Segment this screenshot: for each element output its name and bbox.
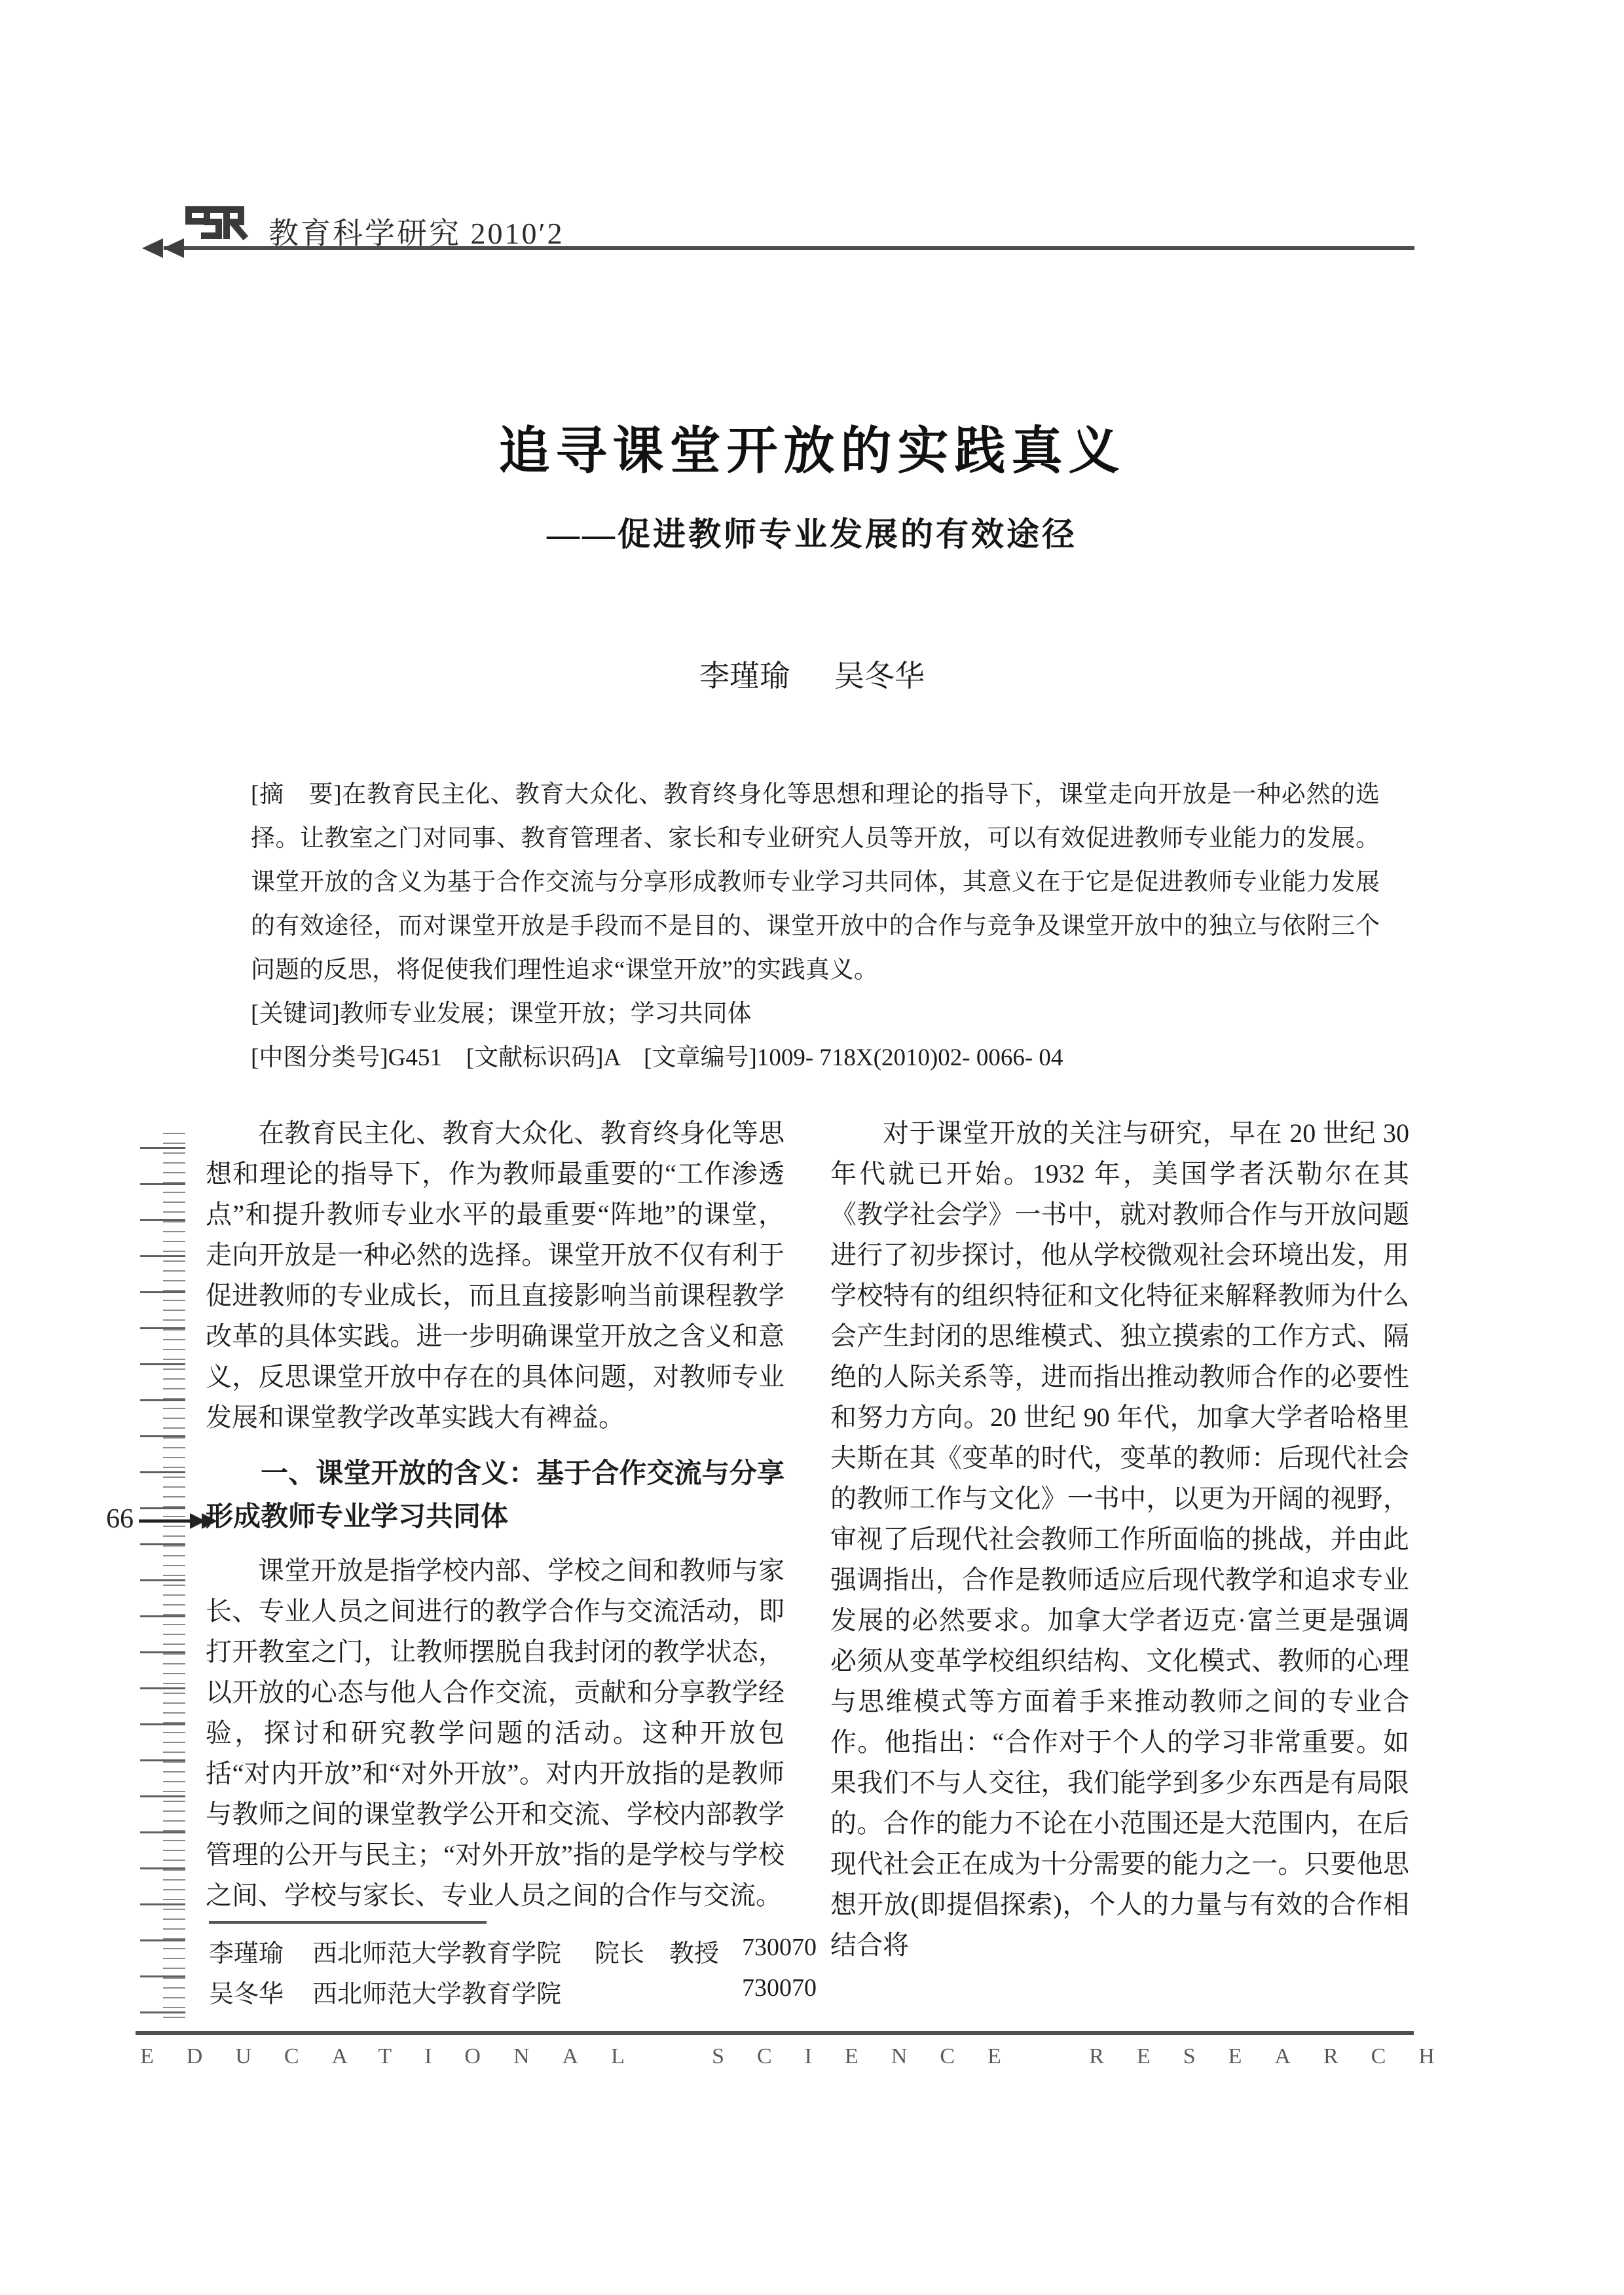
page-number-arrow-icon <box>135 1507 220 1535</box>
classification-line: [中图分类号]G451 [文献标识码]A [文章编号]1009- 718X(20… <box>251 1036 1380 1080</box>
footer-rule <box>136 2031 1414 2035</box>
paragraph: 在教育民主化、教育大众化、教育终身化等思想和理论的指导下，作为教师最重要的“工作… <box>206 1113 784 1438</box>
article-subtitle: ——促进教师专业发展的有效途径 <box>0 508 1624 555</box>
footnote-affiliation: 西北师范大学教育学院 <box>312 1974 561 2010</box>
footnote-rule <box>209 1921 487 1924</box>
keywords-line: [关键词]教师专业发展；课堂开放；学习共同体 <box>251 992 1380 1036</box>
footnote-zipcode: 730070 <box>742 1933 817 1962</box>
author-2: 吴冬华 <box>834 659 925 693</box>
author-1: 李瑾瑜 <box>699 659 790 693</box>
header-rule-arrow <box>134 236 1424 262</box>
author-names: 李瑾瑜吴冬华 <box>0 652 1624 695</box>
footnote-role: 院长 教授 <box>595 1933 719 1969</box>
article-title: 追寻课堂开放的实践真义 <box>0 410 1624 483</box>
abstract-text: [摘 要]在教育民主化、教育大众化、教育终身化等思想和理论的指导下，课堂走向开放… <box>251 773 1380 992</box>
section-heading: 一、课堂开放的含义：基于合作交流与分享形成教师专业学习共同体 <box>206 1452 784 1539</box>
abstract-block: [摘 要]在教育民主化、教育大众化、教育终身化等思想和理论的指导下，课堂走向开放… <box>251 773 1380 1080</box>
footnote-row: 吴冬华 西北师范大学教育学院 730070 <box>206 1974 991 2013</box>
footnote-affiliation: 西北师范大学教育学院 <box>312 1933 561 1969</box>
page-number: 66 <box>106 1503 134 1535</box>
right-column: 对于课堂开放的关注与研究，早在 20 世纪 30 年代就已开始。1932 年，美… <box>830 1113 1409 1966</box>
left-column: 在教育民主化、教育大众化、教育终身化等思想和理论的指导下，作为教师最重要的“工作… <box>206 1113 784 1916</box>
journal-page: 教育科学研究 2010′2 追寻课堂开放的实践真义 ——促进教师专业发展的有效途… <box>0 0 1624 2295</box>
margin-ruler-long-ticks <box>140 1147 185 2028</box>
footer-banner-text: EDUCATIONAL SCIENCE RESEARCH <box>140 2044 1467 2069</box>
paragraph: 课堂开放是指学校内部、学校之间和教师与家长、专业人员之间进行的教学合作与交流活动… <box>206 1551 784 1916</box>
paragraph: 对于课堂开放的关注与研究，早在 20 世纪 30 年代就已开始。1932 年，美… <box>830 1113 1409 1966</box>
footnote-author-name: 李瑾瑜 <box>209 1933 284 1969</box>
footnote-zipcode: 730070 <box>742 1974 817 2002</box>
footnote-author-name: 吴冬华 <box>209 1974 284 2010</box>
footnote-row: 李瑾瑜 西北师范大学教育学院 院长 教授 730070 <box>206 1933 991 1972</box>
